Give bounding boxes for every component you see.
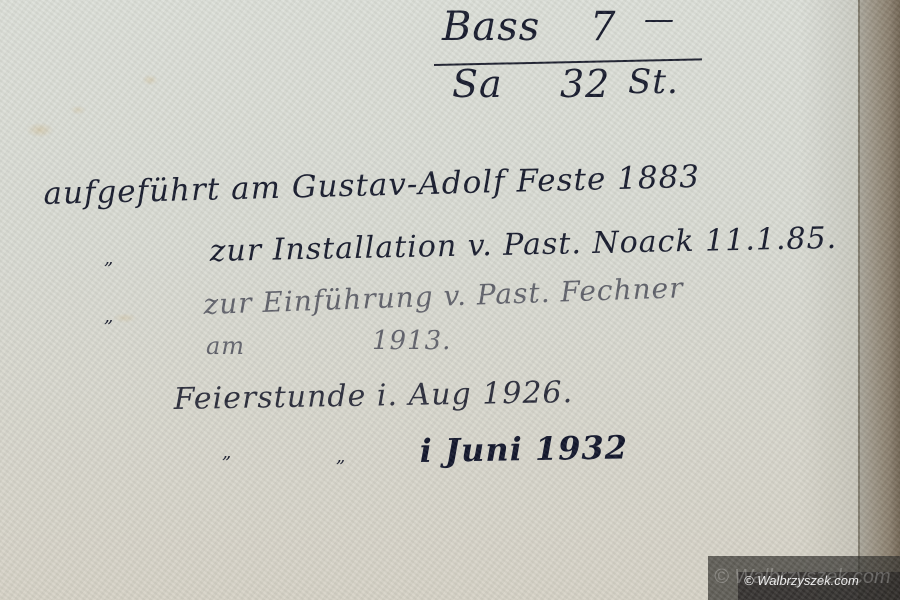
watermark-text: © Walbrzyszek.com	[744, 573, 859, 588]
entry-4: Feierstunde i. Aug 1926.	[173, 375, 573, 417]
entry-2: zur Installation v. Past. Noack 11.1.85.	[209, 221, 837, 269]
ditto-mark-entry-3: „	[104, 306, 113, 327]
tally-dash: —	[644, 2, 675, 37]
entry-5: i Juni 1932	[419, 428, 628, 470]
tally-label-bass: Bass	[442, 4, 540, 50]
tally-unit: St.	[628, 62, 679, 102]
ditto-mark-entry-5-b: „	[336, 446, 345, 467]
tally-value-bass: 7	[590, 4, 616, 50]
tally-value-sum: 32	[560, 62, 610, 106]
document-page: Bass 7 — Sa 32 St. aufgeführt am Gustav-…	[0, 0, 900, 600]
ditto-mark-entry-2: „	[104, 248, 113, 269]
tally-label-sum: Sa	[452, 62, 503, 106]
ditto-mark-entry-5-a: „	[222, 442, 231, 463]
entry-1: aufgeführt am Gustav-Adolf Feste 1883	[43, 159, 700, 212]
page-gutter-shadow	[800, 0, 858, 600]
entry-3-year: 1913.	[372, 326, 451, 356]
entry-3-am: am	[206, 332, 245, 360]
book-spine-gutter	[858, 0, 900, 600]
entry-3: zur Einführung v. Past. Fechner	[203, 271, 684, 321]
